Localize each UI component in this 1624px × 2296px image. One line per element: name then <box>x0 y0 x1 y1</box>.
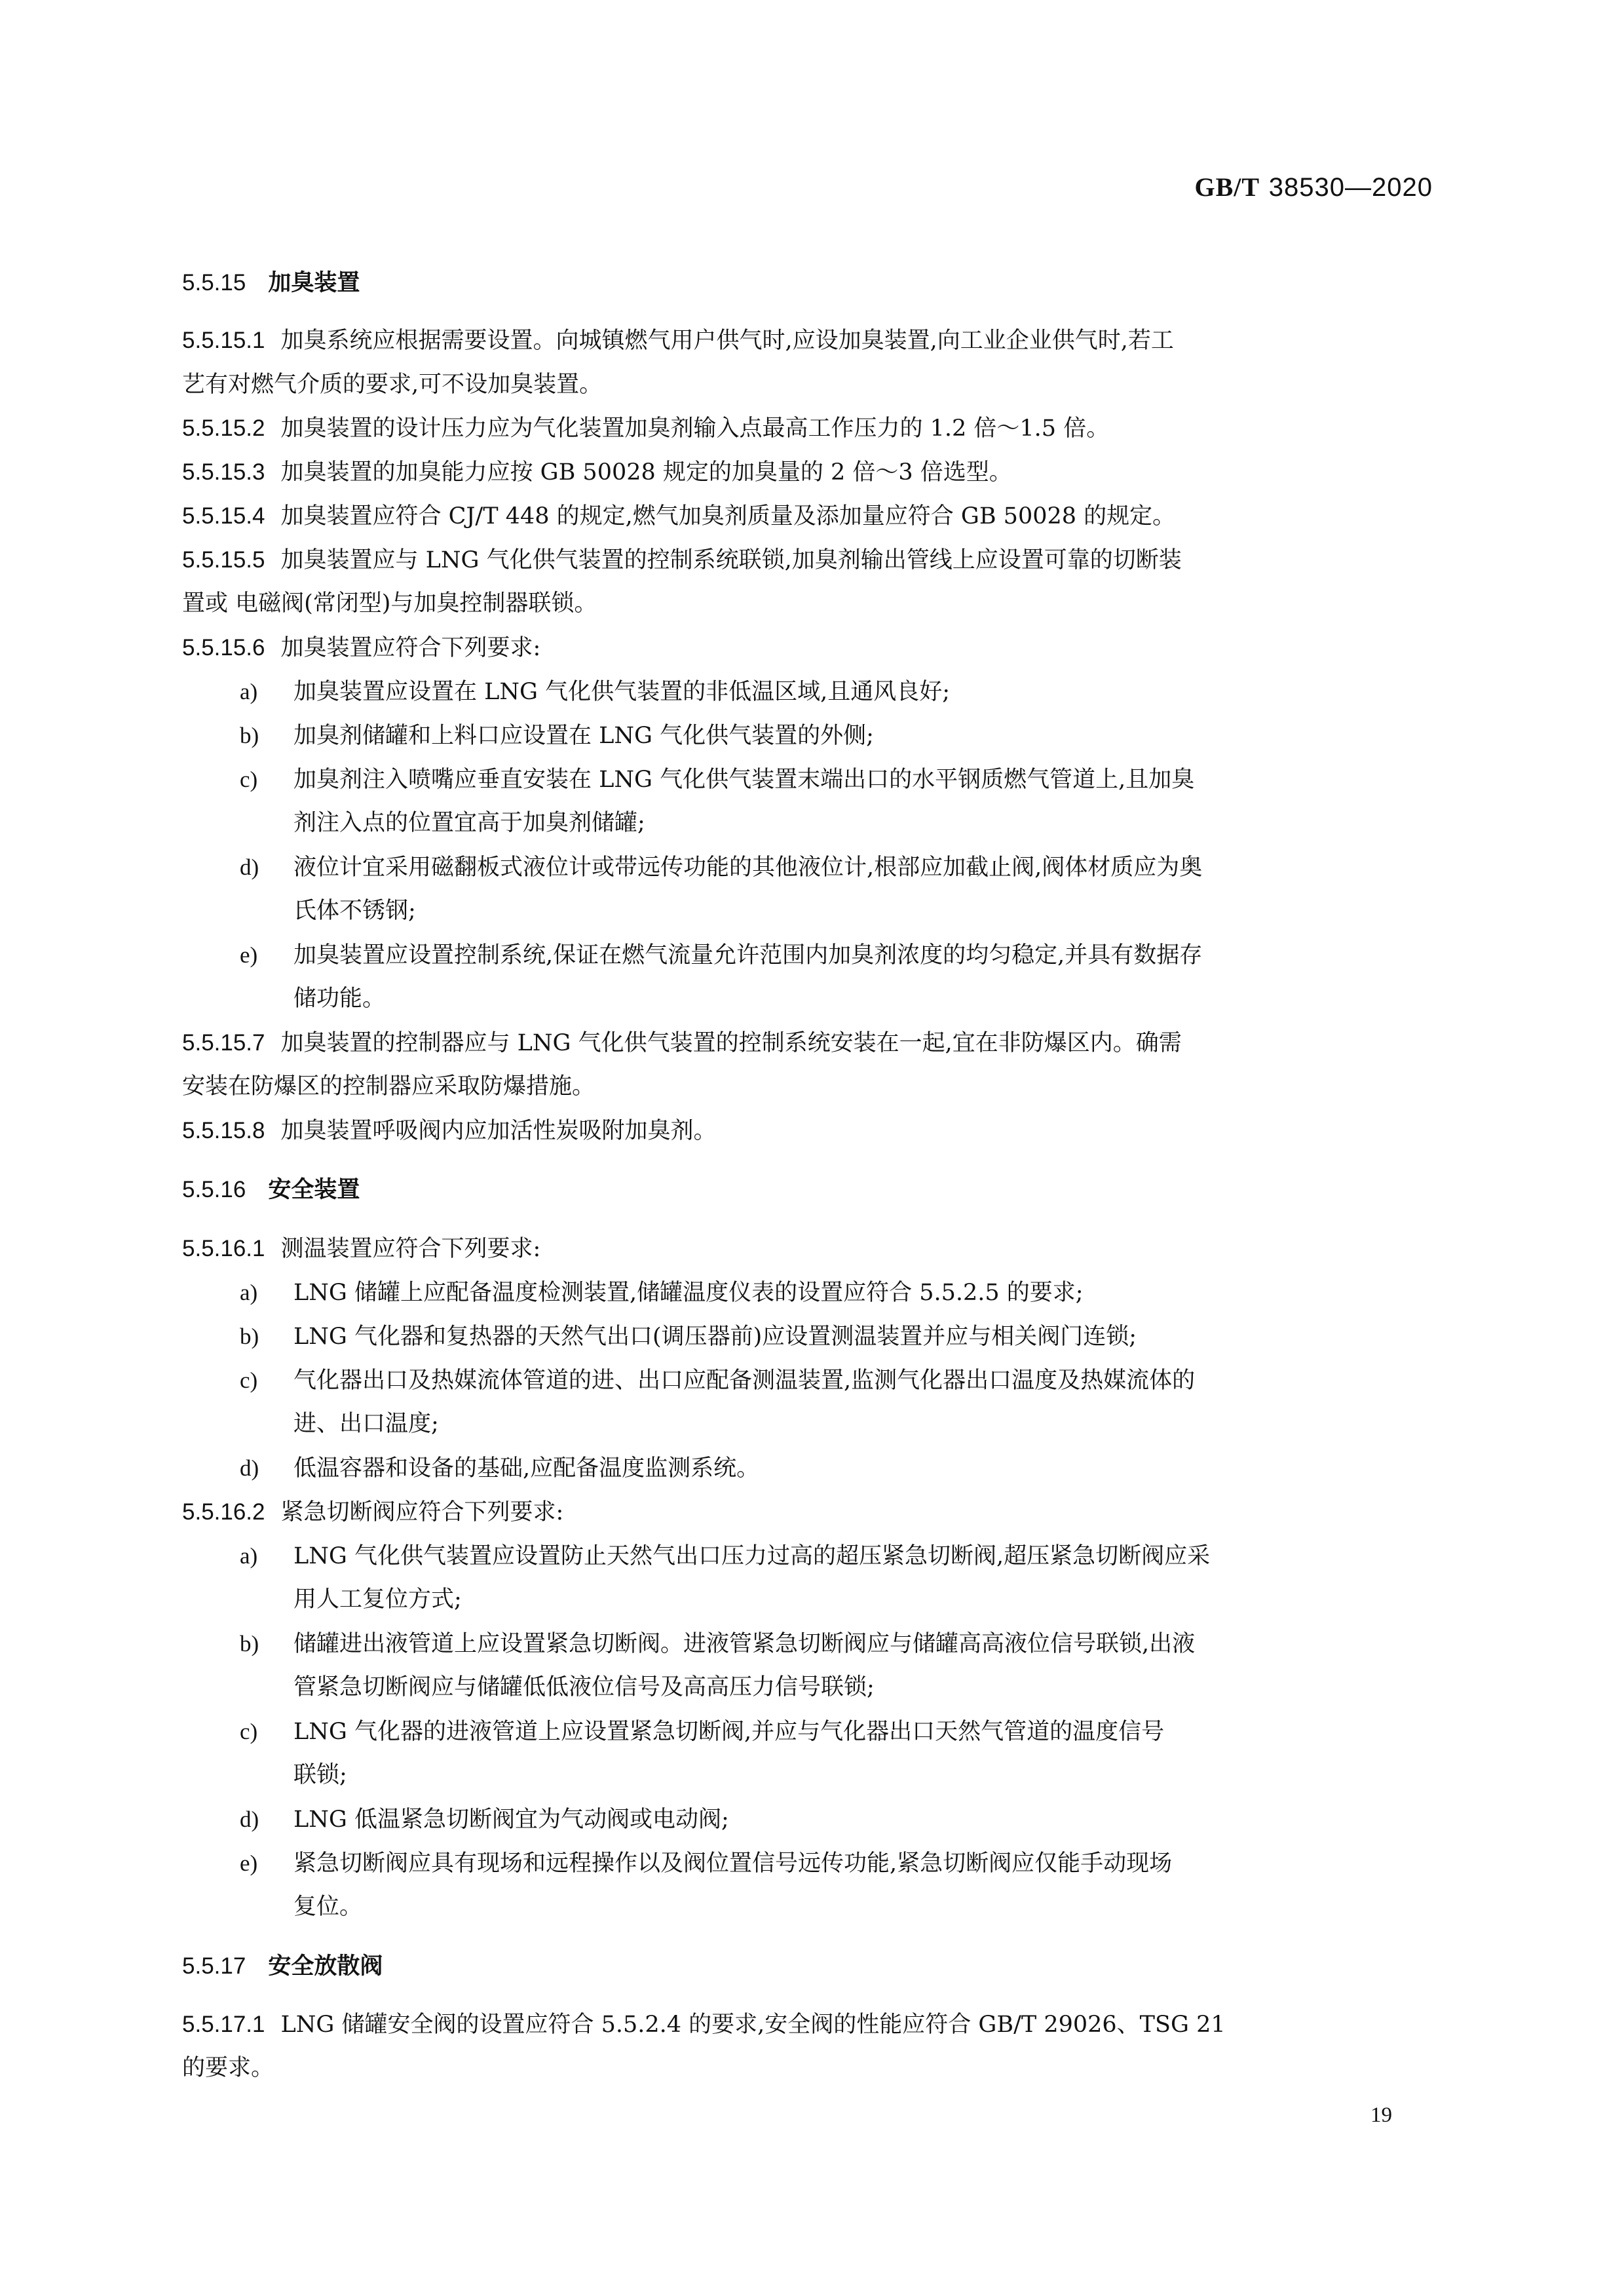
standard-number: 38530—2020 <box>1269 173 1433 202</box>
list-item-e-cont: 复位。 <box>293 1896 362 1919</box>
standard-code-header: GB/T 38530—2020 <box>1194 172 1433 202</box>
clause-5-5-15-8: 5.5.15.8加臭装置呼吸阀内应加活性炭吸附加臭剂。 <box>182 1119 717 1143</box>
clause-5-5-15-7: 5.5.15.7加臭装置的控制器应与 LNG 气化供气装置的控制系统安装在一起,… <box>182 1031 1182 1055</box>
clause-5-5-15-1: 5.5.15.1加臭系统应根据需要设置。向城镇燃气用户供气时,应设加臭装置,向工… <box>182 329 1174 353</box>
list-item-c-cont: 进、出口温度; <box>293 1413 439 1436</box>
list-item-d: d)LNG 低温紧急切断阀宜为气动阀或电动阀; <box>240 1808 729 1831</box>
clause-5-5-17-1-cont: 的要求。 <box>182 2057 274 2080</box>
clause-5-5-15-2: 5.5.15.2加臭装置的设计压力应为气化装置加臭剂输入点最高工作压力的 1.2… <box>182 417 1109 440</box>
section-heading-5-5-17: 5.5.17安全放散阀 <box>182 1948 383 1981</box>
list-item-a: a)LNG 储罐上应配备温度检测装置,储罐温度仪表的设置应符合 5.5.2.5 … <box>240 1281 1084 1305</box>
clause-5-5-15-3: 5.5.15.3加臭装置的加臭能力应按 GB 50028 规定的加臭量的 2 倍… <box>182 461 1012 484</box>
clause-5-5-15-6: 5.5.15.6加臭装置应符合下列要求: <box>182 636 540 660</box>
list-item-d: d)液位计宜采用磁翻板式液位计或带远传功能的其他液位计,根部应加截止阀,阀体材质… <box>240 856 1202 879</box>
list-item-e: e)紧急切断阀应具有现场和远程操作以及阀位置信号远传功能,紧急切断阀应仅能手动现… <box>240 1852 1172 1875</box>
clause-5-5-15-7-cont: 安装在防爆区的控制器应采取防爆措施。 <box>182 1075 595 1098</box>
list-item-c: c)气化器出口及热媒流体管道的进、出口应配备测温装置,监测气化器出口温度及热媒流… <box>240 1369 1195 1392</box>
list-item-e: e)加臭装置应设置控制系统,保证在燃气流量允许范围内加臭剂浓度的均匀稳定,并具有… <box>240 944 1202 967</box>
section-heading-5-5-16: 5.5.16安全装置 <box>182 1172 360 1204</box>
clause-5-5-16-1: 5.5.16.1测温装置应符合下列要求: <box>182 1237 540 1261</box>
list-item-c: c)加臭剂注入喷嘴应垂直安装在 LNG 气化供气装置末端出口的水平钢质燃气管道上… <box>240 768 1194 792</box>
list-item-b: b)LNG 气化器和复热器的天然气出口(调压器前)应设置测温装置并应与相关阀门连… <box>240 1325 1137 1349</box>
clause-5-5-16-2: 5.5.16.2紧急切断阀应符合下列要求: <box>182 1501 563 1524</box>
list-item-a: a)LNG 气化供气装置应设置防止天然气出口压力过高的超压紧急切断阀,超压紧急切… <box>240 1544 1210 1568</box>
list-item-a: a)加臭装置应设置在 LNG 气化供气装置的非低温区域,且通风良好; <box>240 680 950 704</box>
clause-5-5-17-1: 5.5.17.1LNG 储罐安全阀的设置应符合 5.5.2.4 的要求,安全阀的… <box>182 2013 1226 2037</box>
section-heading-5-5-15: 5.5.15加臭装置 <box>182 265 360 297</box>
list-item-c-cont: 联锁; <box>293 1764 347 1787</box>
clause-5-5-15-5-cont: 置或 电磁阀(常闭型)与加臭控制器联锁。 <box>182 592 597 615</box>
clause-5-5-15-1-cont: 艺有对燃气介质的要求,可不设加臭装置。 <box>182 373 602 396</box>
page-number: 19 <box>1370 2103 1392 2128</box>
list-item-b: b)加臭剂储罐和上料口应设置在 LNG 气化供气装置的外侧; <box>240 724 874 748</box>
clause-5-5-15-5: 5.5.15.5加臭装置应与 LNG 气化供气装置的控制系统联锁,加臭剂输出管线… <box>182 548 1182 572</box>
list-item-a-cont: 用人工复位方式; <box>293 1588 462 1611</box>
clause-5-5-15-4: 5.5.15.4加臭装置应符合 CJ/T 448 的规定,燃气加臭剂质量及添加量… <box>182 505 1175 528</box>
list-item-d: d)低温容器和设备的基础,应配备温度监测系统。 <box>240 1457 759 1480</box>
list-item-b: b)储罐进出液管道上应设置紧急切断阀。进液管紧急切断阀应与储罐高高液位信号联锁,… <box>240 1632 1195 1656</box>
list-item-e-cont: 储功能。 <box>293 987 385 1010</box>
list-item-c-cont: 剂注入点的位置宜高于加臭剂储罐; <box>293 812 645 835</box>
list-item-c: c)LNG 气化器的进液管道上应设置紧急切断阀,并应与气化器出口天然气管道的温度… <box>240 1720 1164 1744</box>
list-item-d-cont: 氏体不锈钢; <box>293 900 416 923</box>
standard-prefix: GB/T <box>1194 172 1260 202</box>
list-item-b-cont: 管紧急切断阀应与储罐低低液位信号及高高压力信号联锁; <box>293 1676 875 1699</box>
